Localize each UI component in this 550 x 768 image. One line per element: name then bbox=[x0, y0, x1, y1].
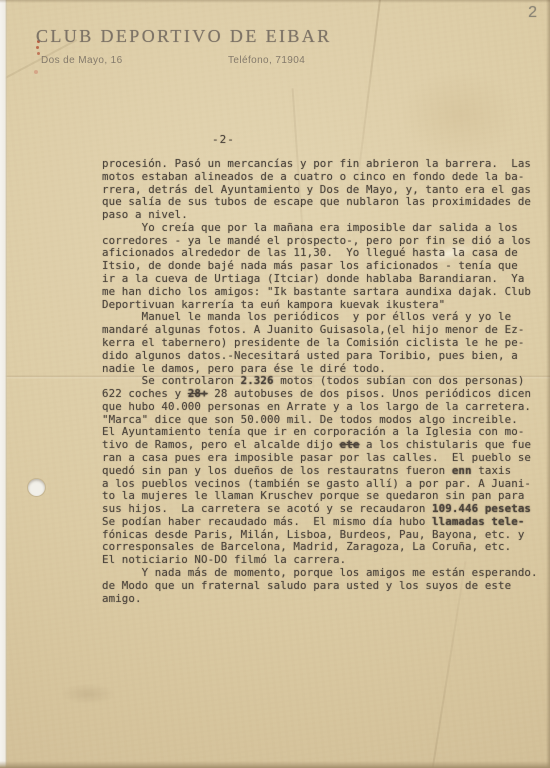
punch-hole bbox=[28, 479, 45, 496]
letter-text-segment: El noticiario NO-DO filmó la carrera. bbox=[102, 553, 346, 566]
letter-line: de Modo que un fraternal saludo para ust… bbox=[102, 580, 532, 593]
club-name: CLUB DEPORTIVO DE EIBAR bbox=[36, 26, 336, 47]
paper-stain bbox=[400, 70, 520, 160]
letterhead: CLUB DEPORTIVO DE EIBAR Dos de Mayo, 16 … bbox=[36, 26, 336, 67]
letter-text-segment: 28 autobuses de dos pisos. Unos periódic… bbox=[208, 387, 531, 400]
letter-text-segment: que salía de sus tubos de escape que nub… bbox=[102, 195, 531, 208]
letter-line: amigo. bbox=[102, 593, 532, 606]
letter-text-segment: corresponsales de Barcelona, Madrid, Zar… bbox=[102, 540, 511, 553]
letter-text-segment: Y nada más de momento, porque los amigos… bbox=[102, 566, 538, 579]
paper-crease bbox=[356, 0, 381, 183]
letter-text-segment: nadie le damos, pero para ése le diré to… bbox=[102, 362, 386, 375]
letter-text-segment: de Modo que un fraternal saludo para ust… bbox=[102, 579, 511, 592]
letter-text-segment: mandaré algunas fotos. A Juanito Guisaso… bbox=[102, 323, 524, 336]
letter-text-segment: Se podían haber recaudado más. El mismo … bbox=[102, 515, 432, 528]
letter-text-segment: a los pueblos vecinos (también se gasto … bbox=[102, 477, 531, 490]
scan-edge-right bbox=[546, 0, 550, 768]
letter-text-segment: El Ayuntamiento tenía que ir en corporac… bbox=[102, 425, 524, 438]
letter-text-segment: to la mujeres le llaman Kruschev porque … bbox=[102, 489, 524, 502]
letter-text-segment: 622 coches y bbox=[102, 387, 188, 400]
letter-text-segment: paso a nivel. bbox=[102, 208, 188, 221]
letter-text-segment: enn bbox=[452, 464, 472, 477]
letter-paragraph: Y nada más de momento, porque los amigos… bbox=[102, 567, 532, 605]
scan-edge-bottom bbox=[0, 761, 550, 768]
letterhead-detail-row: Dos de Mayo, 16 Teléfono, 71904 bbox=[36, 55, 336, 67]
scan-edge-left bbox=[0, 0, 7, 768]
letter-text-segment: kerra el tabernero) presidente de la Com… bbox=[102, 336, 524, 349]
letter-text-segment: me han dicho los amigos: "Ik bastante sa… bbox=[102, 285, 531, 298]
letter-text-segment: Deportivuan karrería ta euń kampora kuev… bbox=[102, 298, 445, 311]
letter-text-segment: rrera, detrás del Ayuntamiento y Dos de … bbox=[102, 183, 531, 196]
letter-text-segment: motos estaban alineados de a cuatro o ci… bbox=[102, 170, 524, 183]
letter-text-segment: ete bbox=[340, 438, 360, 451]
letter-text-segment: sus hijos. La carretera se acotó y se re… bbox=[102, 502, 432, 515]
letter-text-segment: taxis bbox=[472, 464, 512, 477]
letter-text-segment: fónicas desde Paris, Milán, Lisboa, Burd… bbox=[102, 528, 524, 541]
letter-text-segment: corredores - ya le mandé el prospecto-, … bbox=[102, 234, 531, 247]
letter-text-segment: aficionados alrededor de las 11,30. Yo l… bbox=[102, 246, 518, 259]
typed-page-label: -2- bbox=[212, 133, 235, 146]
letter-text-segment: quedó sin pan y los dueños de los restau… bbox=[102, 464, 452, 477]
letter-text-segment: Itsio, de donde bajé nada más pasar los … bbox=[102, 259, 518, 272]
letter-text-segment: 109.446 pesetas bbox=[432, 502, 531, 515]
letter-text-segment: Manuel le manda los periódicos y por éll… bbox=[102, 310, 511, 323]
letter-paragraph: Yo creía que por la mañana era imposible… bbox=[102, 222, 532, 311]
letter-text-segment: dido algunos datos.-Necesitará usted par… bbox=[102, 349, 518, 362]
letter-body: procesión. Pasó un mercancías y por fin … bbox=[102, 158, 532, 605]
letter-text-segment: amigo. bbox=[102, 592, 142, 605]
handwritten-page-number: 2 bbox=[528, 4, 537, 22]
rust-mark bbox=[34, 70, 38, 74]
letter-text-segment: procesión. Pasó un mercancías y por fin … bbox=[102, 157, 531, 170]
letter-text-segment: llamadas tele- bbox=[432, 515, 524, 528]
letter-text-segment: motos (todos subían con dos personas) bbox=[274, 374, 525, 387]
letter-text-segment: Yo creía que por la mañana era imposible… bbox=[102, 221, 518, 234]
letter-paragraph: Manuel le manda los periódicos y por éll… bbox=[102, 311, 532, 375]
letter-text-segment: que hubo 40.000 personas en Arrate y a l… bbox=[102, 400, 531, 413]
letter-text-segment: tivo de Ramos, pero el alcalde dijo bbox=[102, 438, 340, 451]
scanned-letter-page: 2 CLUB DEPORTIVO DE EIBAR Dos de Mayo, 1… bbox=[0, 0, 550, 768]
letter-text-segment: "Marca" dice que son 50.000 mil. De todo… bbox=[102, 413, 518, 426]
letter-text-segment: Se controlaron bbox=[102, 374, 241, 387]
letterhead-phone: Teléfono, 71904 bbox=[228, 55, 305, 66]
letter-text-segment: 2.326 bbox=[241, 374, 274, 387]
letter-text-segment: ir a la cueva de Urtiaga (Itciar) donde … bbox=[102, 272, 524, 285]
letter-text-segment: a los chistularis que fue bbox=[359, 438, 531, 451]
letterhead-address: Dos de Mayo, 16 bbox=[41, 55, 123, 66]
letter-paragraph: Se controlaron 2.326 motos (todos subían… bbox=[102, 375, 532, 567]
letter-paragraph: procesión. Pasó un mercancías y por fin … bbox=[102, 158, 532, 222]
scan-edge-top bbox=[0, 0, 550, 3]
letter-text-segment: ran a casa pues era imposible pasar por … bbox=[102, 451, 531, 464]
paper-smudge bbox=[62, 684, 114, 704]
letter-text-segment: 28+ bbox=[188, 387, 208, 400]
